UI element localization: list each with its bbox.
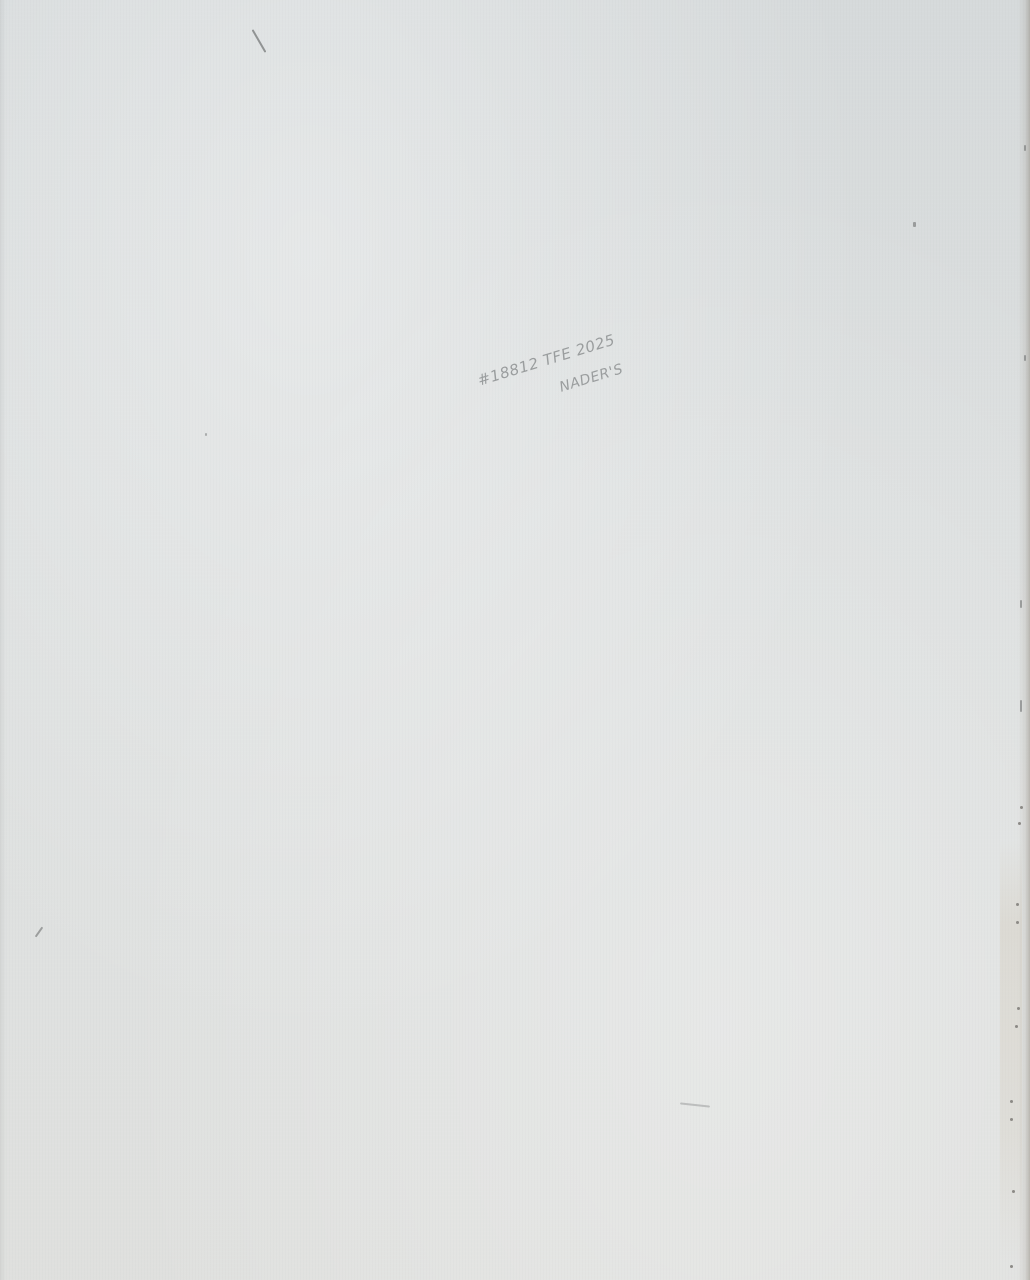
staple (1010, 1100, 1013, 1103)
canvas-back: #18812 TFE 2025 NADER'S (0, 0, 1030, 1280)
staple (1012, 1190, 1015, 1193)
staple (1018, 822, 1021, 825)
speck-mark (1020, 700, 1022, 712)
speck-mark (1024, 145, 1026, 151)
speck-mark (913, 222, 916, 227)
staple (1015, 1025, 1018, 1028)
staple (1020, 806, 1023, 809)
speck-mark (1024, 355, 1026, 361)
staple (1017, 1007, 1020, 1010)
canvas-texture (0, 0, 1030, 1280)
speck-mark (205, 433, 207, 436)
staple (1010, 1118, 1013, 1121)
left-edge-shadow (0, 0, 6, 1280)
staple (1016, 921, 1019, 924)
speck-mark (1020, 600, 1022, 608)
staple (1016, 903, 1019, 906)
staple (1010, 1265, 1013, 1268)
